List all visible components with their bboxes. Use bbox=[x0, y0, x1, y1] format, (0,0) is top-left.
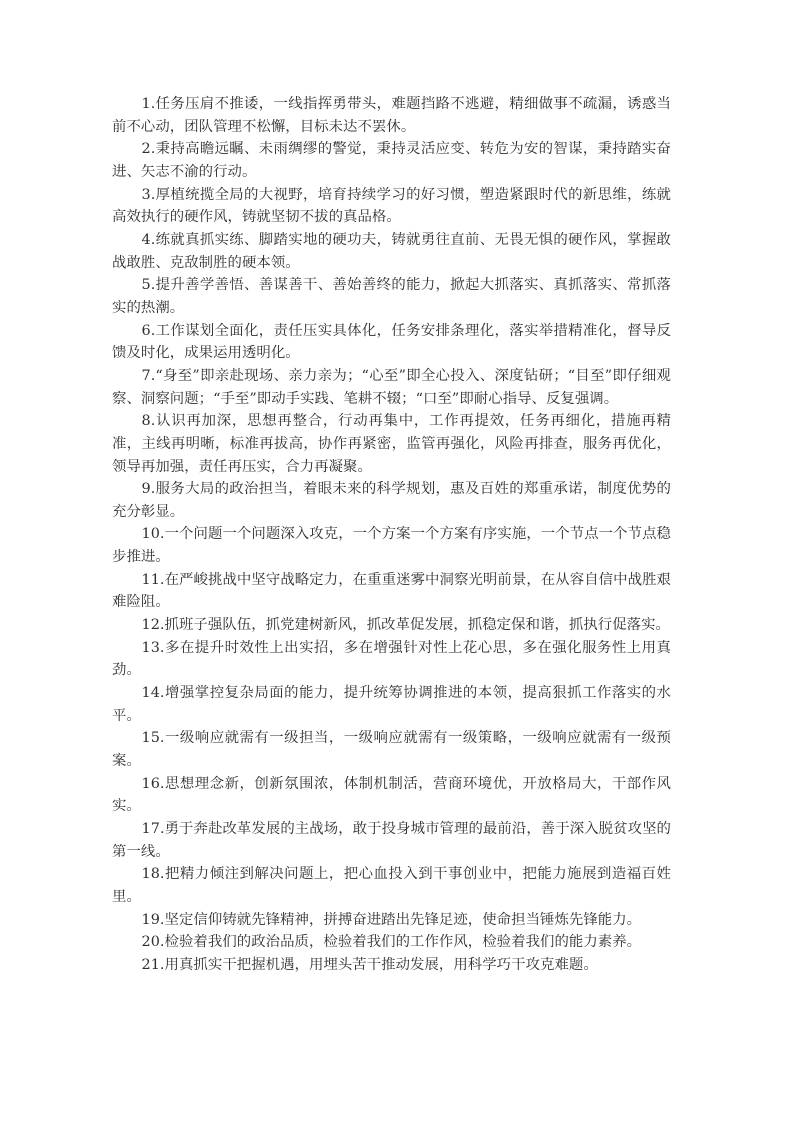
paragraph-8: 8.认识再加深，思想再整合，行动再集中，工作再提效，任务再细化，措施再精准，主线… bbox=[112, 410, 671, 478]
paragraph-10: 10.一个问题一个问题深入攻克，一个方案一个方案有序实施，一个节点一个节点稳步推… bbox=[112, 523, 671, 568]
paragraph-17: 17.勇于奔赴改革发展的主战场，敢于投身城市管理的最前沿，善于深入脱贫攻坚的第一… bbox=[112, 818, 671, 863]
paragraph-19: 19.坚定信仰铸就先锋精神，拼搏奋进踏出先锋足迹，使命担当锤炼先锋能力。 bbox=[112, 909, 671, 932]
paragraph-11: 11.在严峻挑战中坚守战略定力，在重重迷雾中洞察光明前景，在从容自信中战胜艰难险… bbox=[112, 569, 671, 614]
paragraph-6: 6.工作谋划全面化，责任压实具体化，任务安排条理化，落实举措精准化，督导反馈及时… bbox=[112, 320, 671, 365]
paragraph-4: 4.练就真抓实练、脚踏实地的硬功夫，铸就勇往直前、无畏无惧的硬作风，掌握敢战敢胜… bbox=[112, 229, 671, 274]
paragraph-18: 18.把精力倾注到解决问题上，把心血投入到干事创业中，把能力施展到造福百姓里。 bbox=[112, 863, 671, 908]
paragraph-13: 13.多在提升时效性上出实招，多在增强针对性上花心思，多在强化服务性上用真劲。 bbox=[112, 637, 671, 682]
paragraph-21: 21.用真抓实干把握机遇，用埋头苦干推动发展，用科学巧干攻克难题。 bbox=[112, 954, 671, 977]
paragraph-20: 20.检验着我们的政治品质，检验着我们的工作作风，检验着我们的能力素养。 bbox=[112, 931, 671, 954]
paragraph-2: 2.秉持高瞻远瞩、未雨绸缪的警觉，秉持灵活应变、转危为安的智谋，秉持踏实奋进、矢… bbox=[112, 138, 671, 183]
paragraph-5: 5.提升善学善悟、善谋善干、善始善终的能力，掀起大抓落实、真抓落实、常抓落实的热… bbox=[112, 274, 671, 319]
paragraph-1: 1.任务压肩不推诿，一线指挥勇带头，难题挡路不逃避，精细做事不疏漏，诱惑当前不心… bbox=[112, 93, 671, 138]
paragraph-3: 3.厚植统揽全局的大视野，培育持续学习的好习惯，塑造紧跟时代的新思维，练就高效执… bbox=[112, 184, 671, 229]
paragraph-12: 12.抓班子强队伍，抓党建树新风，抓改革促发展，抓稳定保和谐，抓执行促落实。 bbox=[112, 614, 671, 637]
document-page: 1.任务压肩不推诿，一线指挥勇带头，难题挡路不逃避，精细做事不疏漏，诱惑当前不心… bbox=[112, 93, 671, 977]
paragraph-14: 14.增强掌控复杂局面的能力，提升统筹协调推进的本领，提高狠抓工作落实的水平。 bbox=[112, 682, 671, 727]
paragraph-15: 15.一级响应就需有一级担当，一级响应就需有一级策略，一级响应就需有一级预案。 bbox=[112, 727, 671, 772]
paragraph-9: 9.服务大局的政治担当，着眼未来的科学规划，惠及百姓的郑重承诺，制度优势的充分彰… bbox=[112, 478, 671, 523]
paragraph-16: 16.思想理念新，创新氛围浓，体制机制活，营商环境优，开放格局大，干部作风实。 bbox=[112, 773, 671, 818]
paragraph-7: 7.“身至”即亲赴现场、亲力亲为；“心至”即全心投入、深度钻研；“目至”即仔细观… bbox=[112, 365, 671, 410]
